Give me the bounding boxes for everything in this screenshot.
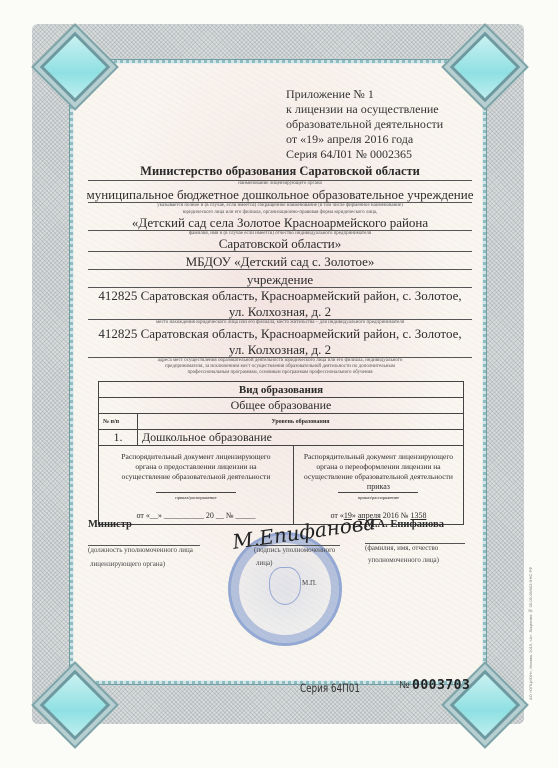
appendix-header: Приложение № 1 к лицензии на осуществлен… xyxy=(286,87,443,162)
education-type: Общее образование xyxy=(99,398,464,414)
appendix-line: Приложение № 1 xyxy=(286,87,443,102)
activity-address-line: 412825 Саратовская область, Красноармейс… xyxy=(80,326,480,342)
license-appendix-page: АО «ОПЦИОН», Москва, 2015, «А». Лицензия… xyxy=(0,0,558,768)
legal-address-line: 412825 Саратовская область, Красноармейс… xyxy=(80,288,480,304)
legal-address-caption: место нахождения юридического лица или е… xyxy=(80,320,480,325)
signature-caption: лица) xyxy=(256,559,272,567)
doc-text-line: Распорядительный документ лицензирующего xyxy=(298,452,459,462)
table-row: 1. Дошкольное образование xyxy=(99,430,464,446)
appendix-line: образовательной деятельности xyxy=(286,117,443,132)
activity-address-caption: профессиональным программам, основным пр… xyxy=(80,370,480,375)
legal-address-line: ул. Колхозная, д. 2 xyxy=(80,304,480,320)
licensee-full-name-line: «Детский сад села Золотое Красноармейско… xyxy=(80,215,480,231)
table-row: Вид образования xyxy=(99,382,464,398)
activity-address-caption: предпринимателя, за исключением мест осу… xyxy=(80,364,480,369)
corner-ornament-icon xyxy=(30,22,116,108)
signer-position: Министр xyxy=(88,519,132,530)
issuance-document-cell: Распорядительный документ лицензирующего… xyxy=(99,446,294,525)
table-row: Распорядительный документ лицензирующего… xyxy=(99,446,464,525)
doc-text-line: осуществление образовательной деятельнос… xyxy=(298,472,459,482)
licensee-full-name-line: муниципальное бюджетное дошкольное образ… xyxy=(80,187,480,203)
activity-address-caption: адреса мест осуществления образовательно… xyxy=(80,358,480,363)
corner-ornament-icon xyxy=(30,660,116,746)
doc-type: приказ xyxy=(338,482,418,493)
signature-caption: (подпись уполномоченного xyxy=(254,546,335,554)
table-row: Общее образование xyxy=(99,398,464,414)
printer-note: АО «ОПЦИОН», Москва, 2015, «А». Лицензия… xyxy=(528,560,538,700)
appendix-line: Серия 64Л01 № 0002365 xyxy=(286,147,443,162)
row-number: 1. xyxy=(99,430,138,446)
signer-name: М.А. Епифанова xyxy=(365,519,444,530)
full-name-caption: указывается полное и (в случае, если име… xyxy=(80,203,480,208)
table-row: № п/п Уровень образования xyxy=(99,414,464,430)
position-caption: лицензирующего органа) xyxy=(90,560,165,568)
corner-ornament-icon xyxy=(440,660,526,746)
eagle-emblem-icon xyxy=(269,567,301,605)
reissuance-document-cell: Распорядительный документ лицензирующего… xyxy=(293,446,463,525)
signer-caption: (фамилия, имя, отчество xyxy=(365,544,438,552)
licensee-short-name: МБДОУ «Детский сад с. Золотое» xyxy=(80,254,480,270)
divider xyxy=(88,269,472,270)
appendix-line: от «19» апреля 2016 года xyxy=(286,132,443,147)
divider xyxy=(88,251,472,252)
education-level: Дошкольное образование xyxy=(138,430,464,446)
column-header-number: № п/п xyxy=(99,414,138,430)
position-caption: (должность уполномоченного лица xyxy=(88,546,193,554)
column-header-level: Уровень образования xyxy=(138,414,464,430)
licensee-full-name-line: Саратовской области» xyxy=(80,236,480,252)
doc-text-line: Распорядительный документ лицензирующего xyxy=(103,452,289,462)
education-kind-title: Вид образования xyxy=(99,382,464,398)
licensee-org-form: учреждение xyxy=(80,272,480,288)
doc-text-line: органа о переоформлении лицензии на xyxy=(298,462,459,472)
form-number-label: № xyxy=(399,680,410,691)
signer-caption: уполномоченного лица) xyxy=(368,556,439,564)
form-number: 0003703 xyxy=(412,678,470,693)
form-series: Серия 64П01 xyxy=(300,681,360,695)
seal-label: М.П. xyxy=(302,579,317,587)
doc-type-caption: приказ/распоряжение xyxy=(103,493,289,503)
corner-ornament-icon xyxy=(440,22,526,108)
doc-text-line: органа о предоставлении лицензии на xyxy=(103,462,289,472)
doc-text-line: осуществление образовательной деятельнос… xyxy=(103,472,289,482)
issuer-caption: наименование лицензирующего органа xyxy=(88,181,472,186)
appendix-line: к лицензии на осуществление xyxy=(286,102,443,117)
issuer-name: Министерство образования Саратовской обл… xyxy=(88,164,472,179)
education-table: Вид образования Общее образование № п/п … xyxy=(98,381,464,525)
activity-address-line: ул. Колхозная, д. 2 xyxy=(80,342,480,358)
doc-type-caption: приказ/распоряжение xyxy=(298,493,459,503)
